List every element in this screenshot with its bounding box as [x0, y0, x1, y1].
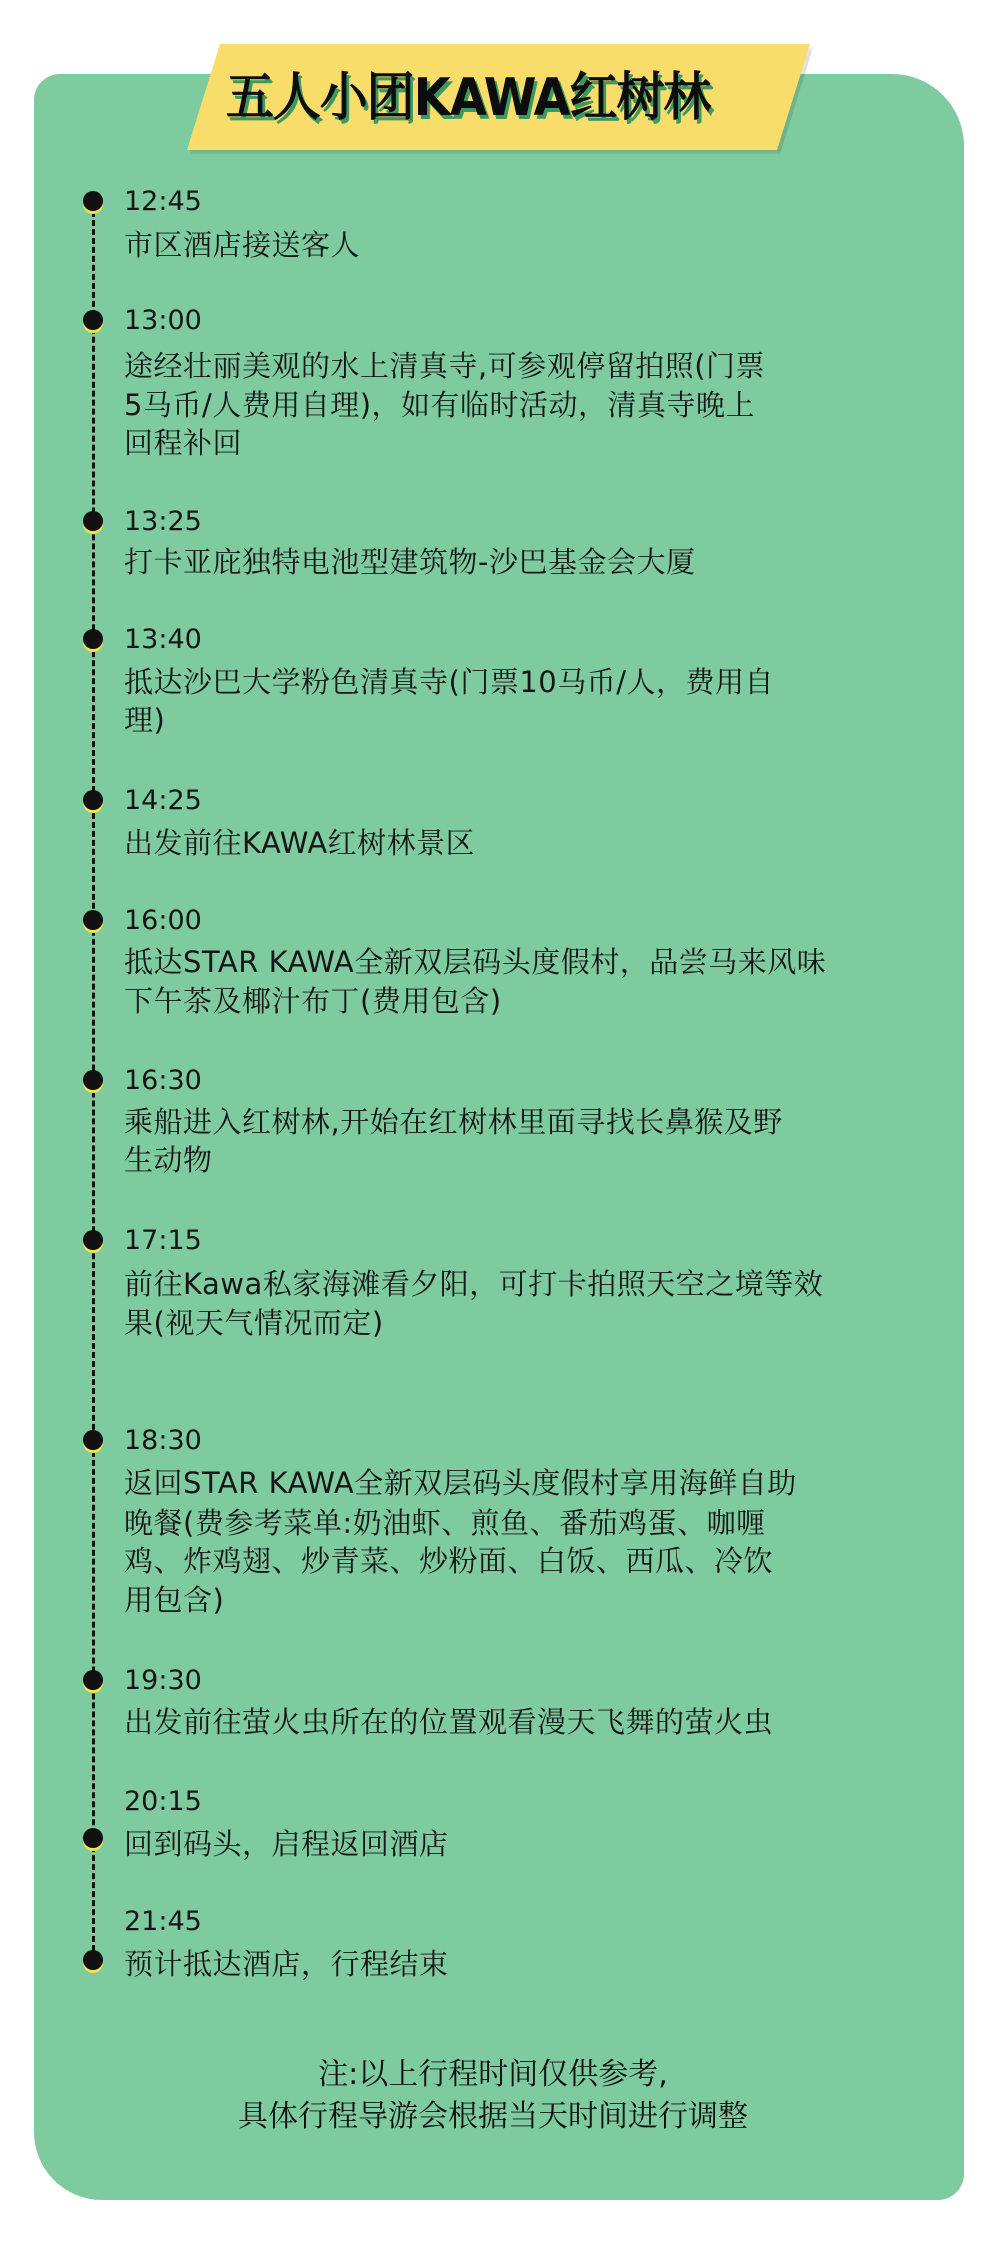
- item-description: 预计抵达酒店，行程结束: [124, 1946, 449, 1982]
- item-description: 途经壮丽美观的水上清真寺,可参观停留拍照(门票: [124, 348, 765, 384]
- item-time: 21:45: [124, 1906, 202, 1938]
- item-description: 抵达沙巴大学粉色清真寺(门票10马币/人，费用自: [124, 664, 774, 700]
- item-description: 用包含): [124, 1582, 224, 1618]
- item-description: 抵达STAR KAWA全新双层码头度假村，品尝马来风味: [124, 944, 826, 980]
- item-description: 回到码头，启程返回酒店: [124, 1826, 449, 1862]
- item-description: 出发前往KAWA红树林景区: [124, 825, 475, 861]
- item-description: 回程补回: [124, 425, 242, 461]
- item-description: 出发前往萤火虫所在的位置观看漫天飞舞的萤火虫: [124, 1704, 773, 1740]
- item-time: 13:00: [124, 305, 202, 337]
- item-time: 18:30: [124, 1425, 202, 1457]
- item-description: 返回STAR KAWA全新双层码头度假村享用海鲜自助: [124, 1465, 797, 1501]
- footer-note-line-1: 注:以上行程时间仅供参考,: [0, 2056, 986, 2094]
- item-description: 果(视天气情况而定): [124, 1305, 384, 1341]
- timeline-dot-icon: [83, 191, 103, 211]
- item-time: 13:25: [124, 506, 202, 538]
- timeline-dot-icon: [83, 1230, 103, 1250]
- timeline-dot-icon: [83, 629, 103, 649]
- item-description: 理): [124, 702, 165, 738]
- timeline-dot-icon: [83, 1670, 103, 1690]
- timeline-dot-icon: [83, 1070, 103, 1090]
- page-title: 五人小团KAWA红树林: [226, 58, 710, 138]
- item-time: 13:40: [124, 624, 202, 656]
- timeline-dot-icon: [83, 511, 103, 531]
- item-description: 前往Kawa私家海滩看夕阳，可打卡拍照天空之境等效: [124, 1266, 823, 1302]
- timeline-dot-icon: [83, 790, 103, 810]
- item-time: 17:15: [124, 1225, 202, 1257]
- item-description: 鸡、炸鸡翅、炒青菜、炒粉面、白饭、西瓜、冷饮: [124, 1543, 773, 1579]
- item-description: 打卡亚庇独特电池型建筑物-沙巴基金会大厦: [124, 544, 695, 580]
- timeline-dot-icon: [83, 1950, 103, 1970]
- item-description: 乘船进入红树林,开始在红树林里面寻找长鼻猴及野: [124, 1104, 783, 1140]
- item-time: 16:00: [124, 905, 202, 937]
- timeline-dot-icon: [83, 1430, 103, 1450]
- item-time: 14:25: [124, 785, 202, 817]
- item-description: 市区酒店接送客人: [124, 227, 360, 263]
- item-description: 下午茶及椰汁布丁(费用包含): [124, 983, 502, 1019]
- item-time: 20:15: [124, 1786, 202, 1818]
- footer-note-line-2: 具体行程导游会根据当天时间进行调整: [0, 2098, 986, 2136]
- item-description: 5马币/人费用自理)，如有临时活动，清真寺晚上: [124, 387, 755, 423]
- item-time: 12:45: [124, 186, 202, 218]
- item-time: 19:30: [124, 1665, 202, 1697]
- item-time: 16:30: [124, 1065, 202, 1097]
- timeline-dot-icon: [83, 310, 103, 330]
- item-description: 晚餐(费参考菜单:奶油虾、煎鱼、番茄鸡蛋、咖喱: [124, 1505, 766, 1541]
- item-description: 生动物: [124, 1142, 213, 1178]
- timeline-dot-icon: [83, 1828, 103, 1848]
- timeline-dot-icon: [83, 910, 103, 930]
